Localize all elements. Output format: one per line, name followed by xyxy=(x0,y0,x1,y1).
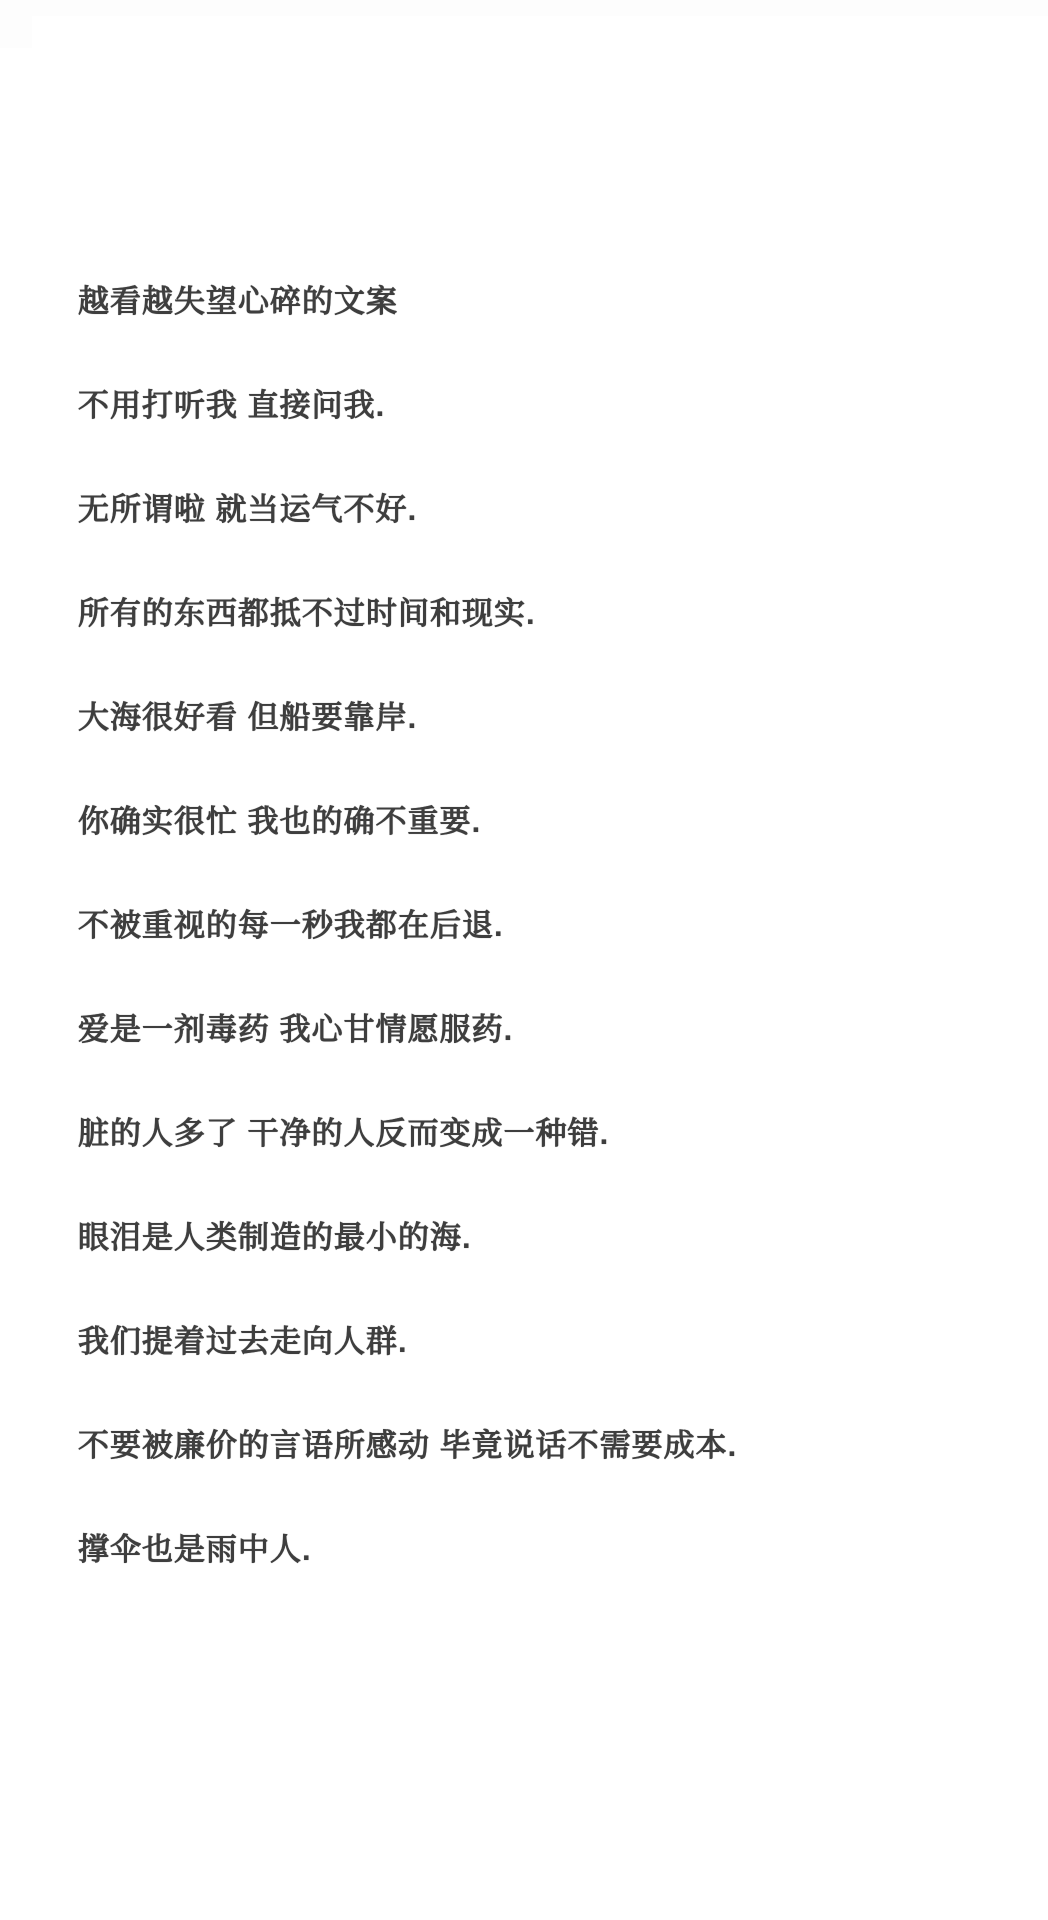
quote-line: 所有的东西都抵不过时间和现实. xyxy=(78,594,998,634)
page-corner-shade xyxy=(0,0,32,48)
quote-title: 越看越失望心碎的文案 xyxy=(78,282,998,322)
quote-line: 无所谓啦 就当运气不好. xyxy=(78,490,998,530)
quote-line: 爱是一剂毒药 我心甘情愿服药. xyxy=(78,1010,998,1050)
quote-list: 越看越失望心碎的文案 不用打听我 直接问我. 无所谓啦 就当运气不好. 所有的东… xyxy=(78,282,998,1634)
quote-line: 你确实很忙 我也的确不重要. xyxy=(78,802,998,842)
quote-line: 撑伞也是雨中人. xyxy=(78,1530,998,1570)
quote-line: 不用打听我 直接问我. xyxy=(78,386,998,426)
page-top-shade xyxy=(0,0,1048,16)
quote-line: 不被重视的每一秒我都在后退. xyxy=(78,906,998,946)
quote-line: 脏的人多了 干净的人反而变成一种错. xyxy=(78,1114,998,1154)
quote-line: 眼泪是人类制造的最小的海. xyxy=(78,1218,998,1258)
quote-line: 不要被廉价的言语所感动 毕竟说话不需要成本. xyxy=(78,1426,998,1466)
quote-line: 我们提着过去走向人群. xyxy=(78,1322,998,1362)
quote-line: 大海很好看 但船要靠岸. xyxy=(78,698,998,738)
